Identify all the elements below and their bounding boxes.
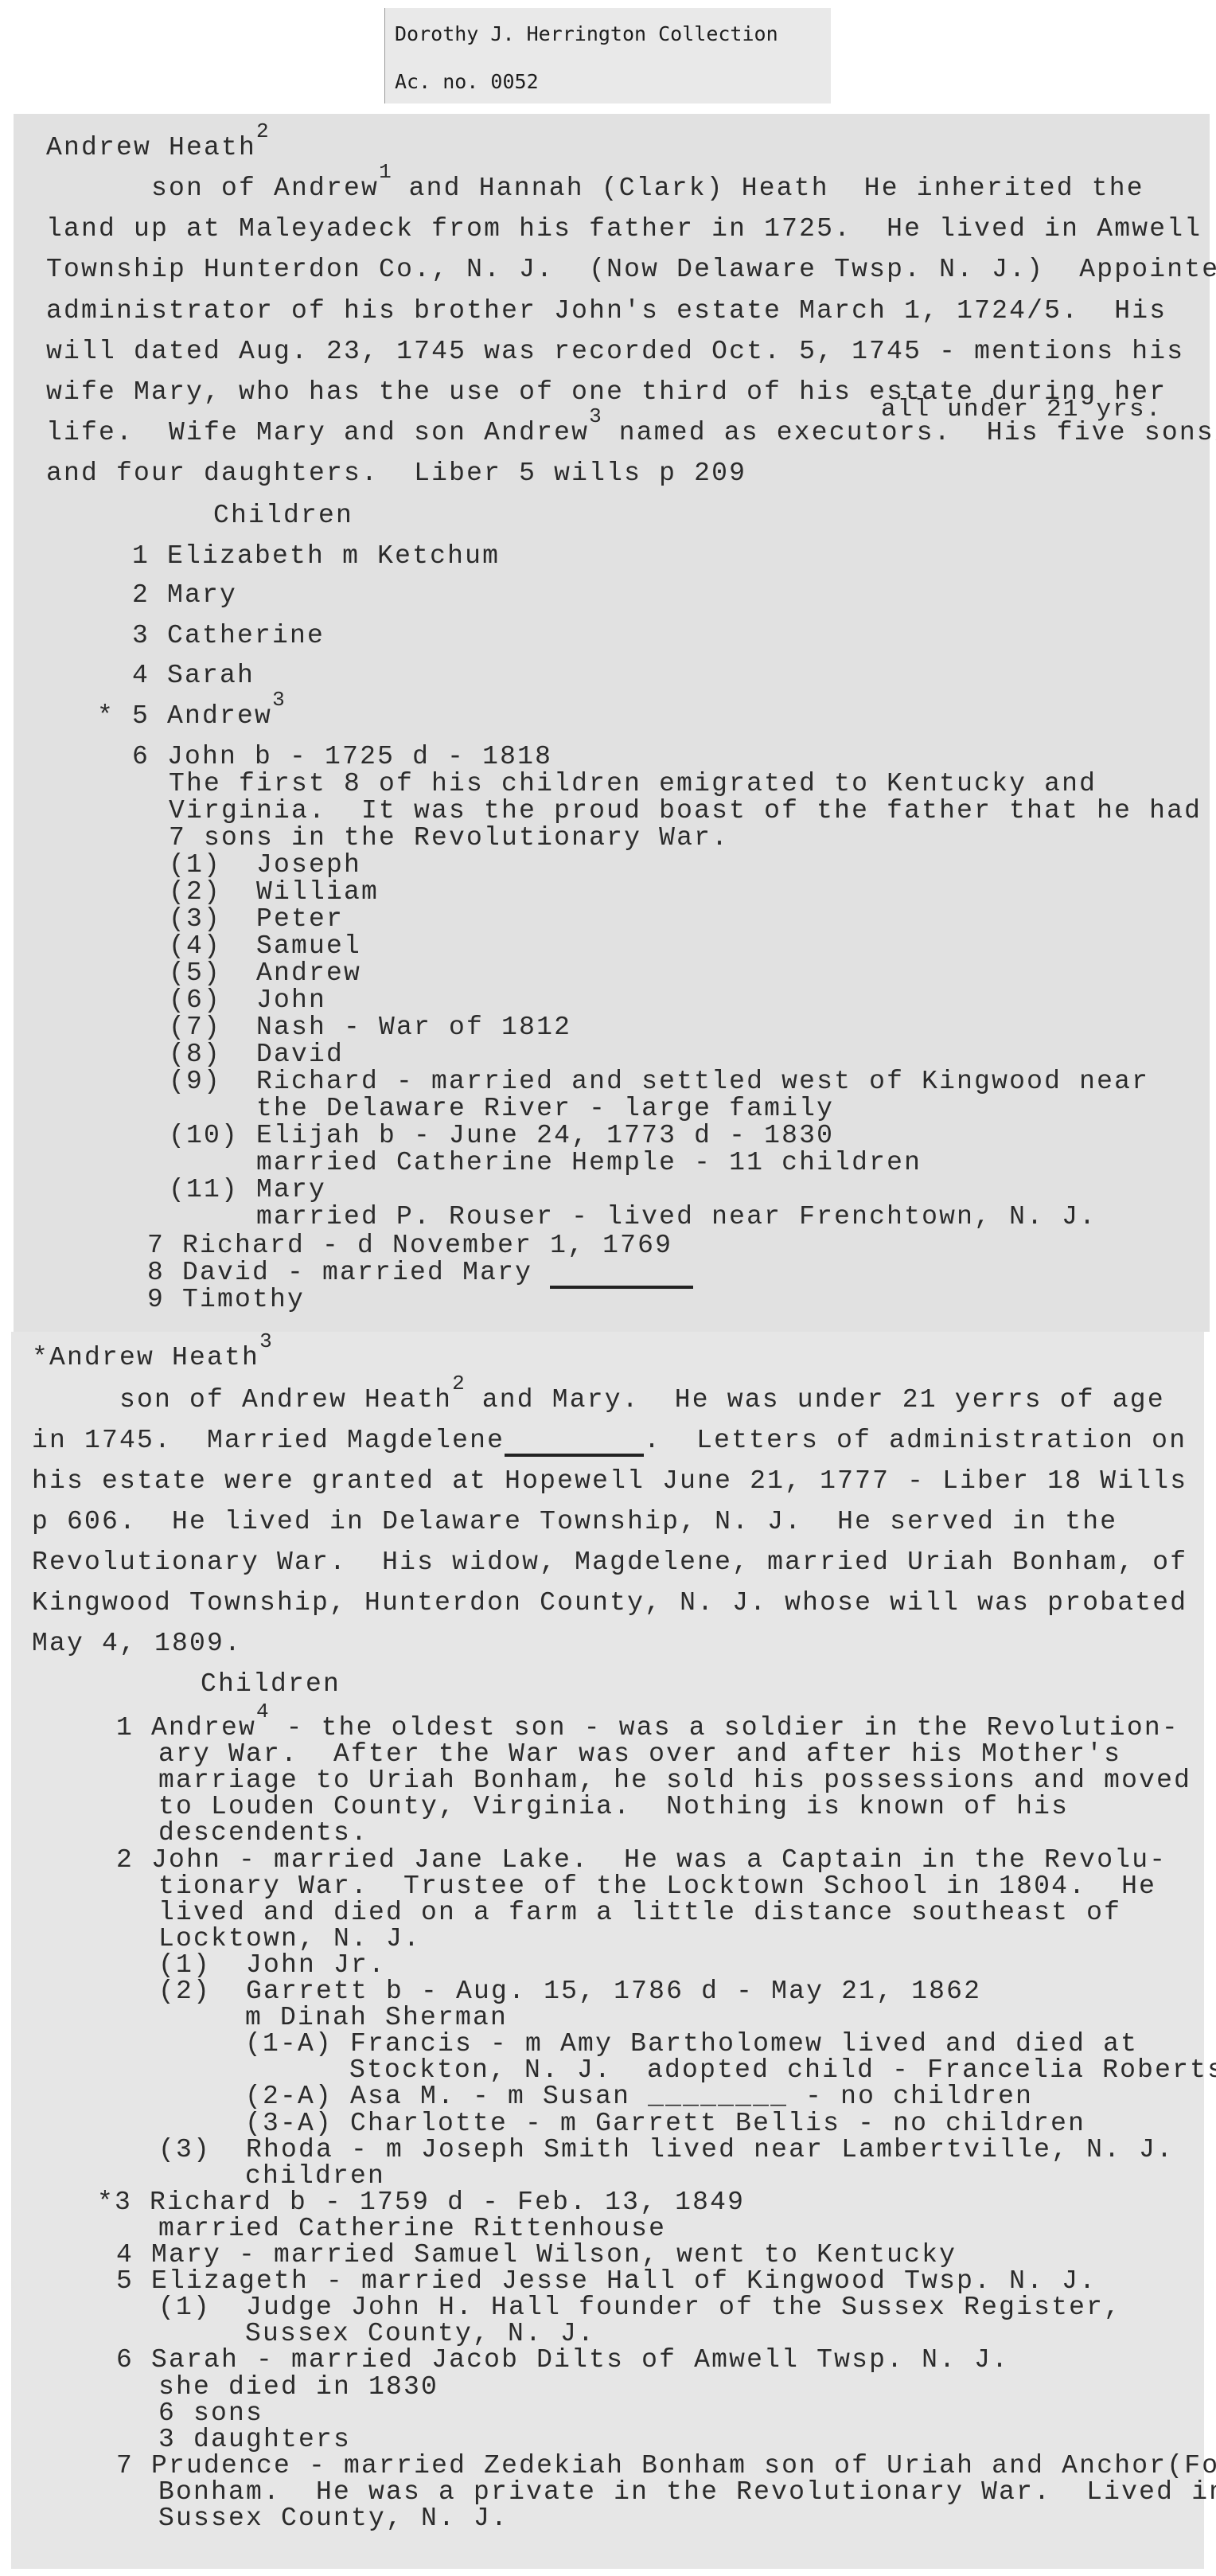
generation-superscript: 2 <box>256 119 269 143</box>
child-number: 7 <box>116 2451 151 2480</box>
child-note-line: The first 8 of his children emigrated to… <box>169 771 1097 797</box>
paragraph-line: Kingwood Township, Hunterdon County, N. … <box>32 1590 1187 1616</box>
child-name: Sarah <box>167 661 255 690</box>
paragraph-line: May 4, 1809. <box>32 1630 242 1657</box>
child-detail-line: m Dinah Sherman <box>245 2004 508 2031</box>
child-marker <box>97 661 132 690</box>
child-name: Mary <box>167 580 237 610</box>
child-detail-line: Sussex County, N. J. <box>245 2320 595 2347</box>
child-number: 8 <box>147 1258 182 1287</box>
child-name: Catherine <box>167 621 325 650</box>
child-name: John b - 1725 d - 1818 <box>167 742 552 771</box>
generation-superscript: 4 <box>256 1700 269 1723</box>
blank-underline <box>550 1259 693 1289</box>
child-entry: * 5 Andrew3 <box>97 703 285 729</box>
paragraph-line: Revolutionary War. His widow, Magdelene,… <box>32 1549 1187 1575</box>
child-detail-line: marriage to Uriah Bonham, he sold his po… <box>158 1767 1191 1793</box>
child-name: David - married Mary <box>182 1258 532 1287</box>
person-heading: Andrew Heath2 <box>46 135 269 161</box>
child-name: Elizabeth m Ketchum <box>167 541 500 571</box>
child-number: 2 <box>132 580 167 610</box>
child-entry: 2 John - married Jane Lake. He was a Cap… <box>116 1847 1167 1873</box>
child-entry: 9 Timothy <box>147 1286 305 1313</box>
child-number: 1 <box>132 541 167 571</box>
interlinear-note: all under 21 yrs. <box>881 397 1163 422</box>
child-detail-line: (1) Judge John H. Hall founder of the Su… <box>158 2294 1121 2320</box>
paragraph-line: in 1745. Married Magdelene . Letters of … <box>32 1427 1187 1457</box>
generation-superscript: 3 <box>272 688 285 712</box>
grandchild-entry: married P. Rouser - lived near Frenchtow… <box>169 1204 1097 1230</box>
child-detail-line: to Louden County, Virginia. Nothing is k… <box>158 1793 1069 1820</box>
child-marker <box>97 541 132 571</box>
child-number: 1 <box>116 1713 151 1743</box>
grandchild-entry: (9) Richard - married and settled west o… <box>169 1068 1149 1095</box>
child-text: Richard b - 1759 d - Feb. 13, 1849 <box>150 2188 745 2217</box>
child-text: John - married Jane Lake. He was a Capta… <box>151 1845 1167 1875</box>
child-detail-line: (2-A) Asa M. - m Susan ________ - no chi… <box>245 2083 1033 2110</box>
child-number: 7 <box>147 1231 182 1260</box>
child-text: Prudence - married Zedekiah Bonham son o… <box>151 2451 1216 2480</box>
grandchild-entry: (11) Mary <box>169 1177 326 1203</box>
child-marker <box>97 580 132 610</box>
child-number: 6 <box>132 742 167 771</box>
child-text: Mary - married Samuel Wilson, went to Ke… <box>151 2240 957 2270</box>
child-detail-line: 6 sons <box>158 2400 263 2426</box>
child-detail-line: she died in 1830 <box>158 2374 438 2400</box>
person-name: Andrew Heath <box>46 133 256 162</box>
child-detail-line: descendents. <box>158 1820 368 1846</box>
child-number: 4 <box>116 2240 151 2270</box>
child-entry: 6 John b - 1725 d - 1818 <box>97 744 552 770</box>
child-marker: * <box>97 701 132 731</box>
accession-number: Ac. no. 0052 <box>395 70 539 93</box>
paragraph-line: son of Andrew1 and Hannah (Clark) Heath … <box>46 175 1144 201</box>
child-detail-line: Stockton, N. J. adopted child - Franceli… <box>349 2057 1216 2083</box>
grandchild-entry: (10) Elijah b - June 24, 1773 d - 1830 <box>169 1122 834 1149</box>
generation-superscript: 1 <box>379 160 392 184</box>
grandchild-entry: married Catherine Hemple - 11 children <box>169 1149 922 1176</box>
child-detail-line: Sussex County, N. J. <box>158 2505 509 2531</box>
typed-sheet-andrew-heath-2: Andrew Heath2 son of Andrew1 and Hannah … <box>14 114 1210 1332</box>
child-text: Sarah - married Jacob Dilts of Amwell Tw… <box>151 2345 1009 2375</box>
child-name: Richard - d November 1, 1769 <box>182 1231 672 1260</box>
grandchild-entry: (5) Andrew <box>169 960 361 986</box>
child-number: 9 <box>147 1285 182 1314</box>
child-marker <box>97 742 132 771</box>
paragraph-line: land up at Maleyadeck from his father in… <box>46 216 1202 242</box>
child-detail-line: (3-A) Charlotte - m Garrett Bellis - no … <box>245 2110 1085 2137</box>
child-entry: 7 Prudence - married Zedekiah Bonham son… <box>116 2453 1216 2479</box>
child-detail-line: lived and died on a farm a little distan… <box>158 1899 1121 1926</box>
child-detail-line: Locktown, N. J. <box>158 1926 421 1952</box>
blank-underline <box>505 1427 644 1457</box>
children-heading: Children <box>201 1671 341 1697</box>
child-detail-line: children <box>245 2163 385 2189</box>
child-note-line: Virginia. It was the proud boast of the … <box>169 798 1202 824</box>
grandchild-entry: the Delaware River - large family <box>169 1095 834 1122</box>
child-number: 5 <box>132 701 167 731</box>
grandchild-entry: (7) Nash - War of 1812 <box>169 1014 571 1040</box>
child-note-line: 7 sons in the Revolutionary War. <box>169 825 729 851</box>
person-marker: * <box>32 1343 49 1372</box>
child-number: 2 <box>116 1845 151 1875</box>
child-entry: 6 Sarah - married Jacob Dilts of Amwell … <box>116 2347 1009 2373</box>
generation-superscript: 3 <box>259 1329 272 1353</box>
grandchild-entry: (4) Samuel <box>169 933 361 959</box>
child-entry: 1 Andrew4 - the oldest son - was a soldi… <box>116 1715 1179 1741</box>
child-detail-line: (1-A) Francis - m Amy Bartholomew lived … <box>245 2031 1138 2057</box>
grandchild-entry: (8) David <box>169 1041 344 1067</box>
child-entry: 3 Catherine <box>97 623 325 649</box>
child-detail-line: married Catherine Rittenhouse <box>158 2215 666 2242</box>
child-detail-line: 3 daughters <box>158 2426 351 2453</box>
generation-superscript: 3 <box>589 404 602 428</box>
children-heading: Children <box>213 502 353 529</box>
grandchild-entry: (2) William <box>169 879 379 905</box>
child-name: Timothy <box>182 1285 305 1314</box>
child-number: 6 <box>116 2345 151 2375</box>
child-marker <box>97 621 132 650</box>
child-detail-line: (1) John Jr. <box>158 1952 386 1978</box>
collection-label: Dorothy J. Herrington Collection Ac. no.… <box>384 8 831 103</box>
child-entry: 2 Mary <box>97 582 237 608</box>
paragraph-line: Township Hunterdon Co., N. J. (Now Delaw… <box>46 256 1216 283</box>
child-entry: 1 Elizabeth m Ketchum <box>97 543 500 569</box>
child-detail-line: Bonham. He was a private in the Revoluti… <box>158 2479 1216 2505</box>
paragraph-line: administrator of his brother John's esta… <box>46 298 1167 324</box>
collection-name: Dorothy J. Herrington Collection <box>395 22 778 45</box>
child-entry: 4 Mary - married Samuel Wilson, went to … <box>116 2242 957 2268</box>
child-entry: 4 Sarah <box>97 662 255 689</box>
child-name: Andrew <box>167 701 272 731</box>
grandchild-entry: (1) Joseph <box>169 852 361 878</box>
person-heading: *Andrew Heath3 <box>32 1345 272 1371</box>
child-entry: *3 Richard b - 1759 d - Feb. 13, 1849 <box>97 2189 745 2215</box>
child-number: 3 <box>132 621 167 650</box>
grandchild-entry: (3) Peter <box>169 906 344 932</box>
paragraph-line: son of Andrew Heath2 and Mary. He was un… <box>32 1387 1165 1413</box>
child-entry: 7 Richard - d November 1, 1769 <box>147 1232 672 1259</box>
paragraph-line: his estate were granted at Hopewell June… <box>32 1468 1187 1494</box>
child-detail-line: (2) Garrett b - Aug. 15, 1786 d - May 21… <box>158 1978 981 2004</box>
child-text: Elizageth - married Jesse Hall of Kingwo… <box>151 2266 1097 2296</box>
child-detail-line: ary War. After the War was over and afte… <box>158 1741 1121 1767</box>
paragraph-line: p 606. He lived in Delaware Township, N.… <box>32 1509 1117 1535</box>
person-name: Andrew Heath <box>49 1343 259 1372</box>
grandchild-entry: (6) John <box>169 987 326 1013</box>
typed-sheet-andrew-heath-3: *Andrew Heath3 son of Andrew Heath2 and … <box>11 1332 1204 2569</box>
child-detail-line: (3) Rhoda - m Joseph Smith lived near La… <box>158 2137 1174 2163</box>
paragraph-line: and four daughters. Liber 5 wills p 209 <box>46 460 746 486</box>
child-detail-line: tionary War. Trustee of the Locktown Sch… <box>158 1873 1156 1899</box>
child-number: 5 <box>116 2266 151 2296</box>
paragraph-line: will dated Aug. 23, 1745 was recorded Oc… <box>46 338 1184 365</box>
child-number: 4 <box>132 661 167 690</box>
child-number: *3 <box>97 2188 150 2217</box>
child-entry: 5 Elizageth - married Jesse Hall of King… <box>116 2268 1097 2294</box>
generation-superscript: 2 <box>452 1372 465 1395</box>
